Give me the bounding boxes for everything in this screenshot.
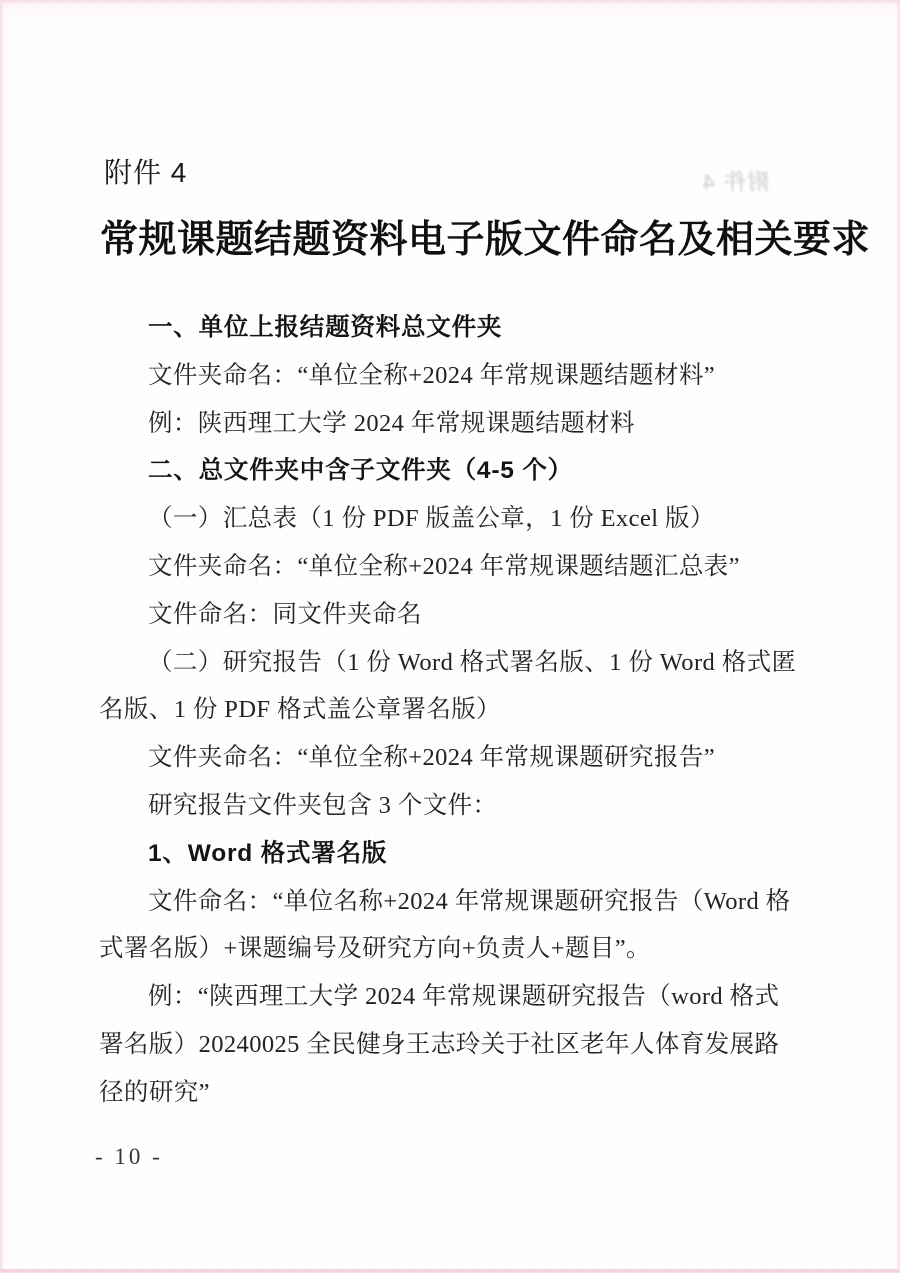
document-body: 一、单位上报结题资料总文件夹 文件夹命名：“单位全称+2024 年常规课题结题材… — [99, 304, 827, 1117]
subsection-heading-word-signed: 1、Word 格式署名版 — [99, 830, 827, 878]
doc-line: 署名版）20240025 全民健身王志玲关于社区老年人体育发展路 — [99, 1021, 827, 1069]
doc-line: （二）研究报告（1 份 Word 格式署名版、1 份 Word 格式匿 — [99, 639, 827, 687]
page-number: - 10 - — [95, 1144, 163, 1170]
document-title: 常规课题结题资料电子版文件命名及相关要求 — [100, 208, 840, 263]
doc-line: 文件命名：“单位名称+2024 年常规课题研究报告（Word 格 — [99, 878, 827, 926]
doc-line: 径的研究” — [99, 1069, 827, 1117]
doc-line: 文件夹命名：“单位全称+2024 年常规课题结题材料” — [99, 352, 827, 400]
doc-line: 例：“陕西理工大学 2024 年常规课题研究报告（word 格式 — [99, 973, 827, 1021]
section-heading-1: 一、单位上报结题资料总文件夹 — [99, 304, 827, 352]
attachment-label: 附件 4 — [104, 151, 187, 191]
doc-line: 文件夹命名：“单位全称+2024 年常规课题研究报告” — [99, 734, 827, 782]
doc-line: 研究报告文件夹包含 3 个文件： — [99, 782, 827, 830]
bleedthrough-ghost-text: 附件 4 — [701, 166, 769, 196]
doc-line: 文件夹命名：“单位全称+2024 年常规课题结题汇总表” — [99, 543, 827, 591]
scanned-document-page: 附件 4 附件 4 常规课题结题资料电子版文件命名及相关要求 一、单位上报结题资… — [0, 0, 900, 1273]
doc-line: 例：陕西理工大学 2024 年常规课题结题材料 — [99, 400, 827, 448]
doc-line: 名版、1 份 PDF 格式盖公章署名版） — [99, 686, 827, 734]
doc-line: 式署名版）+课题编号及研究方向+负责人+题目”。 — [99, 925, 827, 973]
doc-line: （一）汇总表（1 份 PDF 版盖公章，1 份 Excel 版） — [99, 495, 827, 543]
section-heading-2: 二、总文件夹中含子文件夹（4-5 个） — [99, 447, 827, 495]
doc-line: 文件命名：同文件夹命名 — [99, 591, 827, 639]
